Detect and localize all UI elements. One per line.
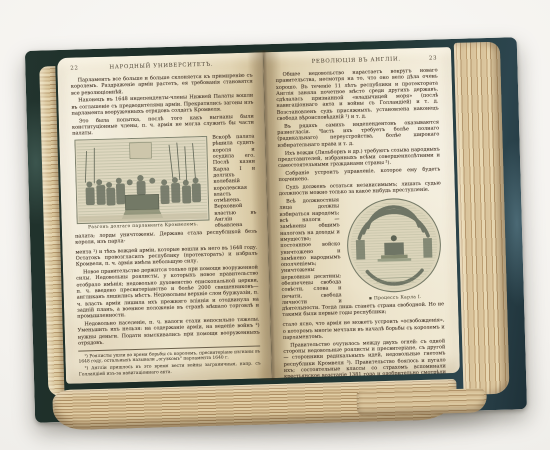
paragraph: Недовольно населеніе, п. ч. налоги стали… [77, 316, 260, 346]
caption-ornament: ▪ [369, 296, 372, 301]
open-book: 22 НАРОДНЫЙ УНИВЕРСИТЕТЪ. Парламентъ все… [25, 31, 528, 433]
engraving-trial-medallion-icon [344, 196, 444, 296]
paragraph: стало ясно, что армія не можетъ устроить… [283, 318, 445, 341]
figure-cromwell-dispersing-parliament: Разгонъ долгаго парламента Кромвелемъ. [74, 136, 209, 231]
right-running-title: РЕВОЛЮЦІЯ ВЪ АНГЛІИ. [291, 56, 421, 66]
left-page-header: 22 НАРОДНЫЙ УНИВЕРСИТЕТЪ. [70, 61, 252, 72]
left-running-title: НАРОДНЫЙ УНИВЕРСИТЕТЪ. [86, 61, 236, 71]
bottom-page-edges-right [356, 388, 487, 416]
right-page: РЕВОЛЮЦІЯ ВЪ АНГЛІИ. 23 Общее недовольст… [263, 47, 460, 378]
right-fore-edge [454, 42, 510, 395]
paragraph: Ихъ вожди (Лильборнъ и др.) требуютъ соз… [278, 146, 440, 169]
paragraph: Въ рядахъ самихъ индепендентовъ оказываю… [277, 119, 440, 149]
right-page-number: 23 [421, 55, 437, 61]
paragraph: Правительство очутилось между двухъ огне… [283, 338, 446, 378]
left-page-number: 22 [70, 65, 86, 71]
right-page-content: РЕВОЛЮЦІЯ ВЪ АНГЛІИ. 23 Общее недовольст… [263, 47, 460, 378]
figure-trial-of-charles-i: ▪ Процессъ Карла I. [344, 196, 444, 302]
paragraph: Новое правительство держится только при … [76, 265, 259, 320]
right-page-header: РЕВОЛЮЦІЯ ВЪ АНГЛІИ. 23 [275, 55, 437, 66]
engraving-parliament-scene-icon [74, 136, 209, 224]
left-page-content: 22 НАРОДНЫЙ УНИВЕРСИТЕТЪ. Парламентъ все… [57, 52, 272, 384]
left-page: 22 НАРОДНЫЙ УНИВЕРСИТЕТЪ. Парламентъ все… [57, 52, 272, 384]
photo-background: 22 НАРОДНЫЙ УНИВЕРСИТЕТЪ. Парламентъ все… [0, 0, 550, 450]
paragraph: Общее недовольство нарастаетъ вокругъ но… [276, 67, 439, 122]
